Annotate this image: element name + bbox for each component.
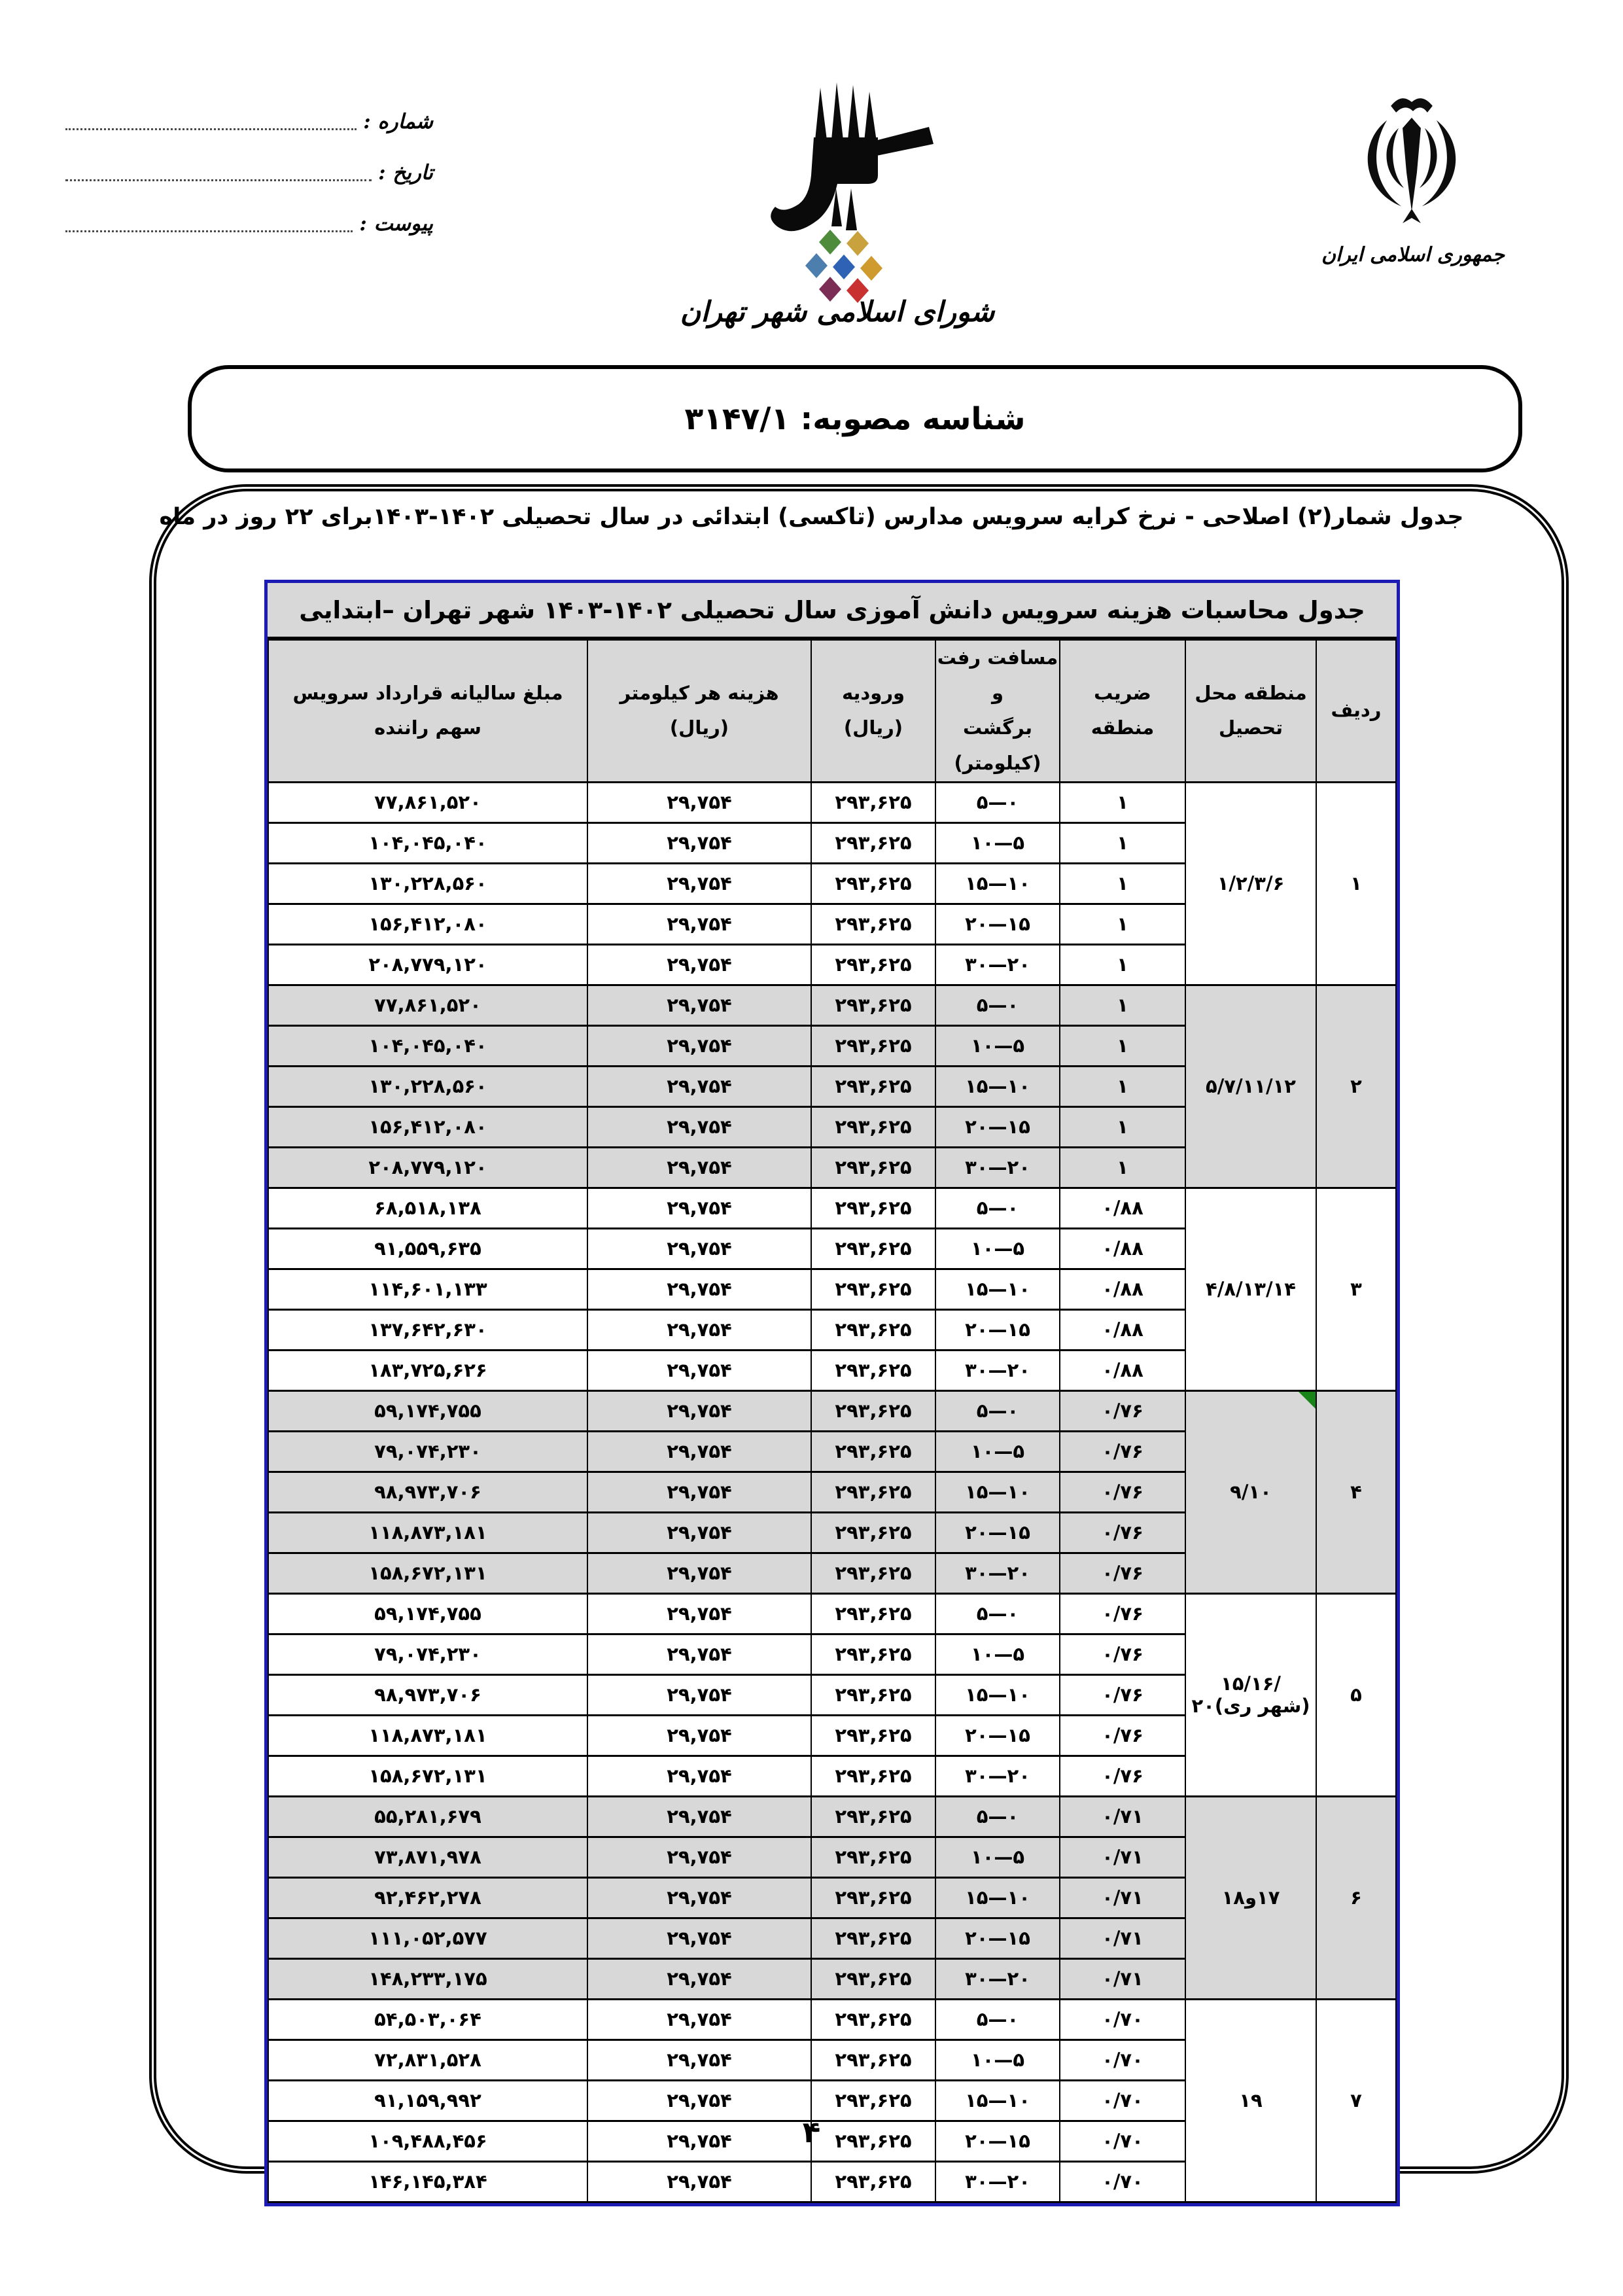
date-field-row: تاریخ : xyxy=(65,161,433,185)
fare-table-frame: جدول محاسبات هزینه سرویس دانش آموزی سال … xyxy=(264,580,1400,2206)
coef-cell: ۰/۷۶ xyxy=(1060,1634,1185,1674)
header-annual: مبلغ سالیانه قرارداد سرویس سهم راننده xyxy=(268,640,587,783)
entry-cell: ۲۹۳,۶۲۵ xyxy=(811,1147,935,1188)
per-km-cell: ۲۹,۷۵۴ xyxy=(587,1796,811,1837)
table-row: ۲ ۵/۷/۱۱/۱۲ ۱ ۵—۰ ۲۹۳,۶۲۵ ۲۹,۷۵۴ ۷۷,۸۶۱,… xyxy=(268,985,1396,1025)
distance-cell: ۱۰—۵ xyxy=(935,1228,1060,1269)
distance-cell: ۲۰—۱۵ xyxy=(935,1309,1060,1350)
coef-cell: ۰/۷۶ xyxy=(1060,1593,1185,1634)
table-row: ۱ ۱/۲/۳/۶ ۱ ۵—۰ ۲۹۳,۶۲۵ ۲۹,۷۵۴ ۷۷,۸۶۱,۵۲… xyxy=(268,782,1396,822)
table-row: ۷ ۱۹ ۰/۷۰ ۵—۰ ۲۹۳,۶۲۵ ۲۹,۷۵۴ ۵۴,۵۰۳,۰۶۴ xyxy=(268,1999,1396,2040)
annual-cell: ۷۷,۸۶۱,۵۲۰ xyxy=(268,782,587,822)
per-km-cell: ۲۹,۷۵۴ xyxy=(587,904,811,944)
per-km-cell: ۲۹,۷۵۴ xyxy=(587,1350,811,1390)
distance-cell: ۱۵—۱۰ xyxy=(935,1472,1060,1512)
region-cell: ۴/۸/۱۳/۱۴ xyxy=(1185,1188,1316,1390)
distance-cell: ۳۰—۲۰ xyxy=(935,1350,1060,1390)
annual-cell: ۷۳,۸۷۱,۹۷۸ xyxy=(268,1837,587,1877)
distance-cell: ۲۰—۱۵ xyxy=(935,1106,1060,1147)
coef-cell: ۰/۷۱ xyxy=(1060,1877,1185,1918)
per-km-cell: ۲۹,۷۵۴ xyxy=(587,1431,811,1472)
group-7: ۷ ۱۹ ۰/۷۰ ۵—۰ ۲۹۳,۶۲۵ ۲۹,۷۵۴ ۵۴,۵۰۳,۰۶۴ … xyxy=(268,1999,1396,2202)
annual-cell: ۹۱,۵۵۹,۶۳۵ xyxy=(268,1228,587,1269)
annual-cell: ۱۱۱,۰۵۲,۵۷۷ xyxy=(268,1918,587,1958)
annual-cell: ۱۵۸,۶۷۲,۱۳۱ xyxy=(268,1756,587,1796)
entry-cell: ۲۹۳,۶۲۵ xyxy=(811,2040,935,2080)
per-km-cell: ۲۹,۷۵۴ xyxy=(587,944,811,985)
header-per-km: هزینه هر کیلومتر (ریال) xyxy=(587,640,811,783)
coef-cell: ۱ xyxy=(1060,863,1185,904)
table-row: ۶ ۱۷و۱۸ ۰/۷۱ ۵—۰ ۲۹۳,۶۲۵ ۲۹,۷۵۴ ۵۵,۲۸۱,۶… xyxy=(268,1796,1396,1837)
distance-cell: ۵—۰ xyxy=(935,1999,1060,2040)
number-field-label: شماره : xyxy=(357,110,433,133)
coef-cell: ۰/۷۱ xyxy=(1060,1958,1185,1999)
per-km-cell: ۲۹,۷۵۴ xyxy=(587,2161,811,2202)
annual-cell: ۱۳۷,۶۴۲,۶۳۰ xyxy=(268,1309,587,1350)
per-km-cell: ۲۹,۷۵۴ xyxy=(587,1147,811,1188)
region-cell: ۱/۲/۳/۶ xyxy=(1185,782,1316,985)
coef-cell: ۱ xyxy=(1060,1025,1185,1066)
header-distance: مسافت رفت و برگشت (کیلومتر) xyxy=(935,640,1060,783)
distance-cell: ۱۰—۵ xyxy=(935,822,1060,863)
annual-cell: ۵۴,۵۰۳,۰۶۴ xyxy=(268,1999,587,2040)
region-cell: ۹/۱۰ xyxy=(1185,1390,1316,1593)
coef-cell: ۱ xyxy=(1060,1147,1185,1188)
entry-cell: ۲۹۳,۶۲۵ xyxy=(811,1472,935,1512)
per-km-cell: ۲۹,۷۵۴ xyxy=(587,1999,811,2040)
annual-cell: ۷۹,۰۷۴,۲۳۰ xyxy=(268,1634,587,1674)
entry-cell: ۲۹۳,۶۲۵ xyxy=(811,1350,935,1390)
per-km-cell: ۲۹,۷۵۴ xyxy=(587,1756,811,1796)
group-5: ۵ ۱۵/۱۶/ ۲۰(شهر ری) ۰/۷۶ ۵—۰ ۲۹۳,۶۲۵ ۲۹,… xyxy=(268,1593,1396,1796)
per-km-cell: ۲۹,۷۵۴ xyxy=(587,1269,811,1309)
document-subtitle: جدول شمار(۲) اصلاحی - نرخ کرایه سرویس مد… xyxy=(0,504,1623,530)
entry-cell: ۲۹۳,۶۲۵ xyxy=(811,1999,935,2040)
entry-cell: ۲۹۳,۶۲۵ xyxy=(811,1390,935,1431)
coef-cell: ۱ xyxy=(1060,1066,1185,1106)
entry-cell: ۲۹۳,۶۲۵ xyxy=(811,1553,935,1593)
iran-emblem-icon xyxy=(1346,92,1477,241)
fare-table: ردیف منطقه محل تحصیل ضریب منطقه مسافت رف… xyxy=(268,639,1397,2203)
distance-cell: ۳۰—۲۰ xyxy=(935,1553,1060,1593)
annual-cell: ۱۴۶,۱۴۵,۳۸۴ xyxy=(268,2161,587,2202)
per-km-cell: ۲۹,۷۵۴ xyxy=(587,1512,811,1553)
annual-cell: ۱۱۸,۸۷۳,۱۸۱ xyxy=(268,1512,587,1553)
distance-cell: ۵—۰ xyxy=(935,782,1060,822)
annual-cell: ۱۰۴,۰۴۵,۰۴۰ xyxy=(268,822,587,863)
distance-cell: ۵—۰ xyxy=(935,1593,1060,1634)
per-km-cell: ۲۹,۷۵۴ xyxy=(587,822,811,863)
annual-cell: ۱۵۶,۴۱۲,۰۸۰ xyxy=(268,1106,587,1147)
coef-cell: ۰/۸۸ xyxy=(1060,1188,1185,1228)
region-cell: ۱۷و۱۸ xyxy=(1185,1796,1316,1999)
distance-cell: ۱۵—۱۰ xyxy=(935,1066,1060,1106)
coef-cell: ۰/۷۶ xyxy=(1060,1756,1185,1796)
table-header: ردیف منطقه محل تحصیل ضریب منطقه مسافت رف… xyxy=(268,640,1396,783)
coef-cell: ۰/۷۶ xyxy=(1060,1674,1185,1715)
annual-cell: ۱۱۸,۸۷۳,۱۸۱ xyxy=(268,1715,587,1756)
radif-cell: ۴ xyxy=(1316,1390,1396,1593)
council-logo-icon xyxy=(738,77,934,306)
coef-cell: ۱ xyxy=(1060,944,1185,985)
coef-cell: ۰/۷۱ xyxy=(1060,1796,1185,1837)
annual-cell: ۱۱۴,۶۰۱,۱۳۳ xyxy=(268,1269,587,1309)
entry-cell: ۲۹۳,۶۲۵ xyxy=(811,1877,935,1918)
per-km-cell: ۲۹,۷۵۴ xyxy=(587,985,811,1025)
coef-cell: ۱ xyxy=(1060,985,1185,1025)
per-km-cell: ۲۹,۷۵۴ xyxy=(587,1634,811,1674)
entry-cell: ۲۹۳,۶۲۵ xyxy=(811,1431,935,1472)
region-cell: ۱۹ xyxy=(1185,1999,1316,2202)
entry-cell: ۲۹۳,۶۲۵ xyxy=(811,822,935,863)
per-km-cell: ۲۹,۷۵۴ xyxy=(587,1958,811,1999)
distance-cell: ۱۵—۱۰ xyxy=(935,863,1060,904)
entry-cell: ۲۹۳,۶۲۵ xyxy=(811,1918,935,1958)
coef-cell: ۰/۸۸ xyxy=(1060,1228,1185,1269)
number-field-row: شماره : xyxy=(65,110,433,133)
entry-cell: ۲۹۳,۶۲۵ xyxy=(811,1188,935,1228)
annual-cell: ۱۳۰,۲۲۸,۵۶۰ xyxy=(268,1066,587,1106)
per-km-cell: ۲۹,۷۵۴ xyxy=(587,782,811,822)
distance-cell: ۳۰—۲۰ xyxy=(935,1756,1060,1796)
radif-cell: ۶ xyxy=(1316,1796,1396,1999)
entry-cell: ۲۹۳,۶۲۵ xyxy=(811,782,935,822)
annual-cell: ۲۰۸,۷۷۹,۱۲۰ xyxy=(268,944,587,985)
date-field-label: تاریخ : xyxy=(372,161,433,185)
annual-cell: ۱۵۸,۶۷۲,۱۳۱ xyxy=(268,1553,587,1593)
coef-cell: ۰/۸۸ xyxy=(1060,1269,1185,1309)
radif-cell: ۳ xyxy=(1316,1188,1396,1390)
distance-cell: ۲۰—۱۵ xyxy=(935,1715,1060,1756)
coef-cell: ۰/۷۱ xyxy=(1060,1837,1185,1877)
approval-id-box: شناسه مصوبه: ۳۱۴۷/۱ xyxy=(188,365,1522,472)
per-km-cell: ۲۹,۷۵۴ xyxy=(587,1553,811,1593)
entry-cell: ۲۹۳,۶۲۵ xyxy=(811,1106,935,1147)
entry-cell: ۲۹۳,۶۲۵ xyxy=(811,1309,935,1350)
annual-cell: ۵۹,۱۷۴,۷۵۵ xyxy=(268,1390,587,1431)
group-1: ۱ ۱/۲/۳/۶ ۱ ۵—۰ ۲۹۳,۶۲۵ ۲۹,۷۵۴ ۷۷,۸۶۱,۵۲… xyxy=(268,782,1396,985)
distance-cell: ۲۰—۱۵ xyxy=(935,1512,1060,1553)
coef-cell: ۰/۸۸ xyxy=(1060,1309,1185,1350)
letterhead-fields: شماره : تاریخ : پیوست : xyxy=(65,110,433,263)
per-km-cell: ۲۹,۷۵۴ xyxy=(587,1188,811,1228)
distance-cell: ۳۰—۲۰ xyxy=(935,1958,1060,1999)
group-6: ۶ ۱۷و۱۸ ۰/۷۱ ۵—۰ ۲۹۳,۶۲۵ ۲۹,۷۵۴ ۵۵,۲۸۱,۶… xyxy=(268,1796,1396,1999)
distance-cell: ۱۵—۱۰ xyxy=(935,1674,1060,1715)
entry-cell: ۲۹۳,۶۲۵ xyxy=(811,2161,935,2202)
per-km-cell: ۲۹,۷۵۴ xyxy=(587,1228,811,1269)
per-km-cell: ۲۹,۷۵۴ xyxy=(587,2040,811,2080)
annual-cell: ۹۲,۴۶۲,۲۷۸ xyxy=(268,1877,587,1918)
page-number: ۴ xyxy=(0,2115,1623,2149)
coef-cell: ۱ xyxy=(1060,1106,1185,1147)
date-dotted-line xyxy=(65,179,372,181)
entry-cell: ۲۹۳,۶۲۵ xyxy=(811,1512,935,1553)
per-km-cell: ۲۹,۷۵۴ xyxy=(587,1309,811,1350)
radif-cell: ۷ xyxy=(1316,1999,1396,2202)
header-entry: ورودیه (ریال) xyxy=(811,640,935,783)
entry-cell: ۲۹۳,۶۲۵ xyxy=(811,1066,935,1106)
distance-cell: ۵—۰ xyxy=(935,985,1060,1025)
per-km-cell: ۲۹,۷۵۴ xyxy=(587,1472,811,1512)
per-km-cell: ۲۹,۷۵۴ xyxy=(587,1106,811,1147)
distance-cell: ۳۰—۲۰ xyxy=(935,2161,1060,2202)
distance-cell: ۱۵—۱۰ xyxy=(935,1269,1060,1309)
annual-cell: ۷۷,۸۶۱,۵۲۰ xyxy=(268,985,587,1025)
approval-id-text: شناسه مصوبه: ۳۱۴۷/۱ xyxy=(685,401,1026,437)
table-row: ۴ ۹/۱۰ ۰/۷۶ ۵—۰ ۲۹۳,۶۲۵ ۲۹,۷۵۴ ۵۹,۱۷۴,۷۵… xyxy=(268,1390,1396,1431)
table-row: ۵ ۱۵/۱۶/ ۲۰(شهر ری) ۰/۷۶ ۵—۰ ۲۹۳,۶۲۵ ۲۹,… xyxy=(268,1593,1396,1634)
distance-cell: ۵—۰ xyxy=(935,1188,1060,1228)
coef-cell: ۰/۷۱ xyxy=(1060,1918,1185,1958)
coef-cell: ۱ xyxy=(1060,904,1185,944)
annual-cell: ۷۲,۸۳۱,۵۲۸ xyxy=(268,2040,587,2080)
header-coef: ضریب منطقه xyxy=(1060,640,1185,783)
distance-cell: ۲۰—۱۵ xyxy=(935,1918,1060,1958)
coef-cell: ۰/۷۶ xyxy=(1060,1390,1185,1431)
coef-cell: ۰/۷۰ xyxy=(1060,2161,1185,2202)
coef-cell: ۰/۷۶ xyxy=(1060,1715,1185,1756)
coef-cell: ۰/۷۶ xyxy=(1060,1472,1185,1512)
annual-cell: ۱۰۴,۰۴۵,۰۴۰ xyxy=(268,1025,587,1066)
annual-cell: ۱۵۶,۴۱۲,۰۸۰ xyxy=(268,904,587,944)
per-km-cell: ۲۹,۷۵۴ xyxy=(587,1066,811,1106)
distance-cell: ۵—۰ xyxy=(935,1796,1060,1837)
entry-cell: ۲۹۳,۶۲۵ xyxy=(811,1634,935,1674)
header-region: منطقه محل تحصیل xyxy=(1185,640,1316,783)
distance-cell: ۳۰—۲۰ xyxy=(935,944,1060,985)
entry-cell: ۲۹۳,۶۲۵ xyxy=(811,1796,935,1837)
distance-cell: ۱۰—۵ xyxy=(935,1025,1060,1066)
region-cell: ۱۵/۱۶/ ۲۰(شهر ری) xyxy=(1185,1593,1316,1796)
council-caption: شورای اسلامی شهر تهران xyxy=(654,296,1021,328)
entry-cell: ۲۹۳,۶۲۵ xyxy=(811,1228,935,1269)
annual-cell: ۶۸,۵۱۸,۱۳۸ xyxy=(268,1188,587,1228)
annual-cell: ۲۰۸,۷۷۹,۱۲۰ xyxy=(268,1147,587,1188)
entry-cell: ۲۹۳,۶۲۵ xyxy=(811,904,935,944)
document-page: شماره : تاریخ : پیوست : xyxy=(0,0,1623,2296)
per-km-cell: ۲۹,۷۵۴ xyxy=(587,1674,811,1715)
number-dotted-line xyxy=(65,128,357,130)
distance-cell: ۱۰—۵ xyxy=(935,1431,1060,1472)
coef-cell: ۱ xyxy=(1060,822,1185,863)
group-3: ۳ ۴/۸/۱۳/۱۴ ۰/۸۸ ۵—۰ ۲۹۳,۶۲۵ ۲۹,۷۵۴ ۶۸,۵… xyxy=(268,1188,1396,1390)
annual-cell: ۱۸۳,۷۲۵,۶۲۶ xyxy=(268,1350,587,1390)
coef-cell: ۰/۸۸ xyxy=(1060,1350,1185,1390)
entry-cell: ۲۹۳,۶۲۵ xyxy=(811,1958,935,1999)
entry-cell: ۲۹۳,۶۲۵ xyxy=(811,1837,935,1877)
radif-cell: ۲ xyxy=(1316,985,1396,1188)
attachment-dotted-line xyxy=(65,230,353,232)
entry-cell: ۲۹۳,۶۲۵ xyxy=(811,1269,935,1309)
table-row: ۳ ۴/۸/۱۳/۱۴ ۰/۸۸ ۵—۰ ۲۹۳,۶۲۵ ۲۹,۷۵۴ ۶۸,۵… xyxy=(268,1188,1396,1228)
group-2: ۲ ۵/۷/۱۱/۱۲ ۱ ۵—۰ ۲۹۳,۶۲۵ ۲۹,۷۵۴ ۷۷,۸۶۱,… xyxy=(268,985,1396,1188)
coef-cell: ۰/۷۶ xyxy=(1060,1431,1185,1472)
distance-cell: ۵—۰ xyxy=(935,1390,1060,1431)
per-km-cell: ۲۹,۷۵۴ xyxy=(587,863,811,904)
per-km-cell: ۲۹,۷۵۴ xyxy=(587,1715,811,1756)
coef-cell: ۰/۷۰ xyxy=(1060,1999,1185,2040)
radif-cell: ۵ xyxy=(1316,1593,1396,1796)
header-radif: ردیف xyxy=(1316,640,1396,783)
region-cell: ۵/۷/۱۱/۱۲ xyxy=(1185,985,1316,1188)
coef-cell: ۰/۷۰ xyxy=(1060,2040,1185,2080)
distance-cell: ۳۰—۲۰ xyxy=(935,1147,1060,1188)
annual-cell: ۱۳۰,۲۲۸,۵۶۰ xyxy=(268,863,587,904)
entry-cell: ۲۹۳,۶۲۵ xyxy=(811,1674,935,1715)
per-km-cell: ۲۹,۷۵۴ xyxy=(587,1837,811,1877)
table-title: جدول محاسبات هزینه سرویس دانش آموزی سال … xyxy=(268,583,1397,639)
per-km-cell: ۲۹,۷۵۴ xyxy=(587,1877,811,1918)
coef-cell: ۰/۷۶ xyxy=(1060,1553,1185,1593)
distance-cell: ۱۰—۵ xyxy=(935,2040,1060,2080)
distance-cell: ۱۰—۵ xyxy=(935,1837,1060,1877)
radif-cell: ۱ xyxy=(1316,782,1396,985)
entry-cell: ۲۹۳,۶۲۵ xyxy=(811,985,935,1025)
entry-cell: ۲۹۳,۶۲۵ xyxy=(811,1593,935,1634)
annual-cell: ۵۹,۱۷۴,۷۵۵ xyxy=(268,1593,587,1634)
coef-cell: ۱ xyxy=(1060,782,1185,822)
annual-cell: ۵۵,۲۸۱,۶۷۹ xyxy=(268,1796,587,1837)
entry-cell: ۲۹۳,۶۲۵ xyxy=(811,1025,935,1066)
entry-cell: ۲۹۳,۶۲۵ xyxy=(811,944,935,985)
distance-cell: ۲۰—۱۵ xyxy=(935,904,1060,944)
logo-diamonds xyxy=(805,230,882,303)
per-km-cell: ۲۹,۷۵۴ xyxy=(587,1593,811,1634)
entry-cell: ۲۹۳,۶۲۵ xyxy=(811,1756,935,1796)
entry-cell: ۲۹۳,۶۲۵ xyxy=(811,1715,935,1756)
annual-cell: ۹۸,۹۷۳,۷۰۶ xyxy=(268,1674,587,1715)
group-4: ۴ ۹/۱۰ ۰/۷۶ ۵—۰ ۲۹۳,۶۲۵ ۲۹,۷۵۴ ۵۹,۱۷۴,۷۵… xyxy=(268,1390,1396,1593)
per-km-cell: ۲۹,۷۵۴ xyxy=(587,1918,811,1958)
attachment-field-row: پیوست : xyxy=(65,212,433,236)
per-km-cell: ۲۹,۷۵۴ xyxy=(587,1025,811,1066)
annual-cell: ۱۴۸,۲۳۳,۱۷۵ xyxy=(268,1958,587,1999)
distance-cell: ۱۰—۵ xyxy=(935,1634,1060,1674)
coef-cell: ۰/۷۶ xyxy=(1060,1512,1185,1553)
annual-cell: ۹۸,۹۷۳,۷۰۶ xyxy=(268,1472,587,1512)
comment-marker-icon xyxy=(1299,1392,1316,1409)
emblem-caption: جمهوری اسلامی ایران xyxy=(1295,243,1531,266)
distance-cell: ۱۵—۱۰ xyxy=(935,1877,1060,1918)
attachment-field-label: پیوست : xyxy=(353,212,433,236)
annual-cell: ۷۹,۰۷۴,۲۳۰ xyxy=(268,1431,587,1472)
per-km-cell: ۲۹,۷۵۴ xyxy=(587,1390,811,1431)
entry-cell: ۲۹۳,۶۲۵ xyxy=(811,863,935,904)
